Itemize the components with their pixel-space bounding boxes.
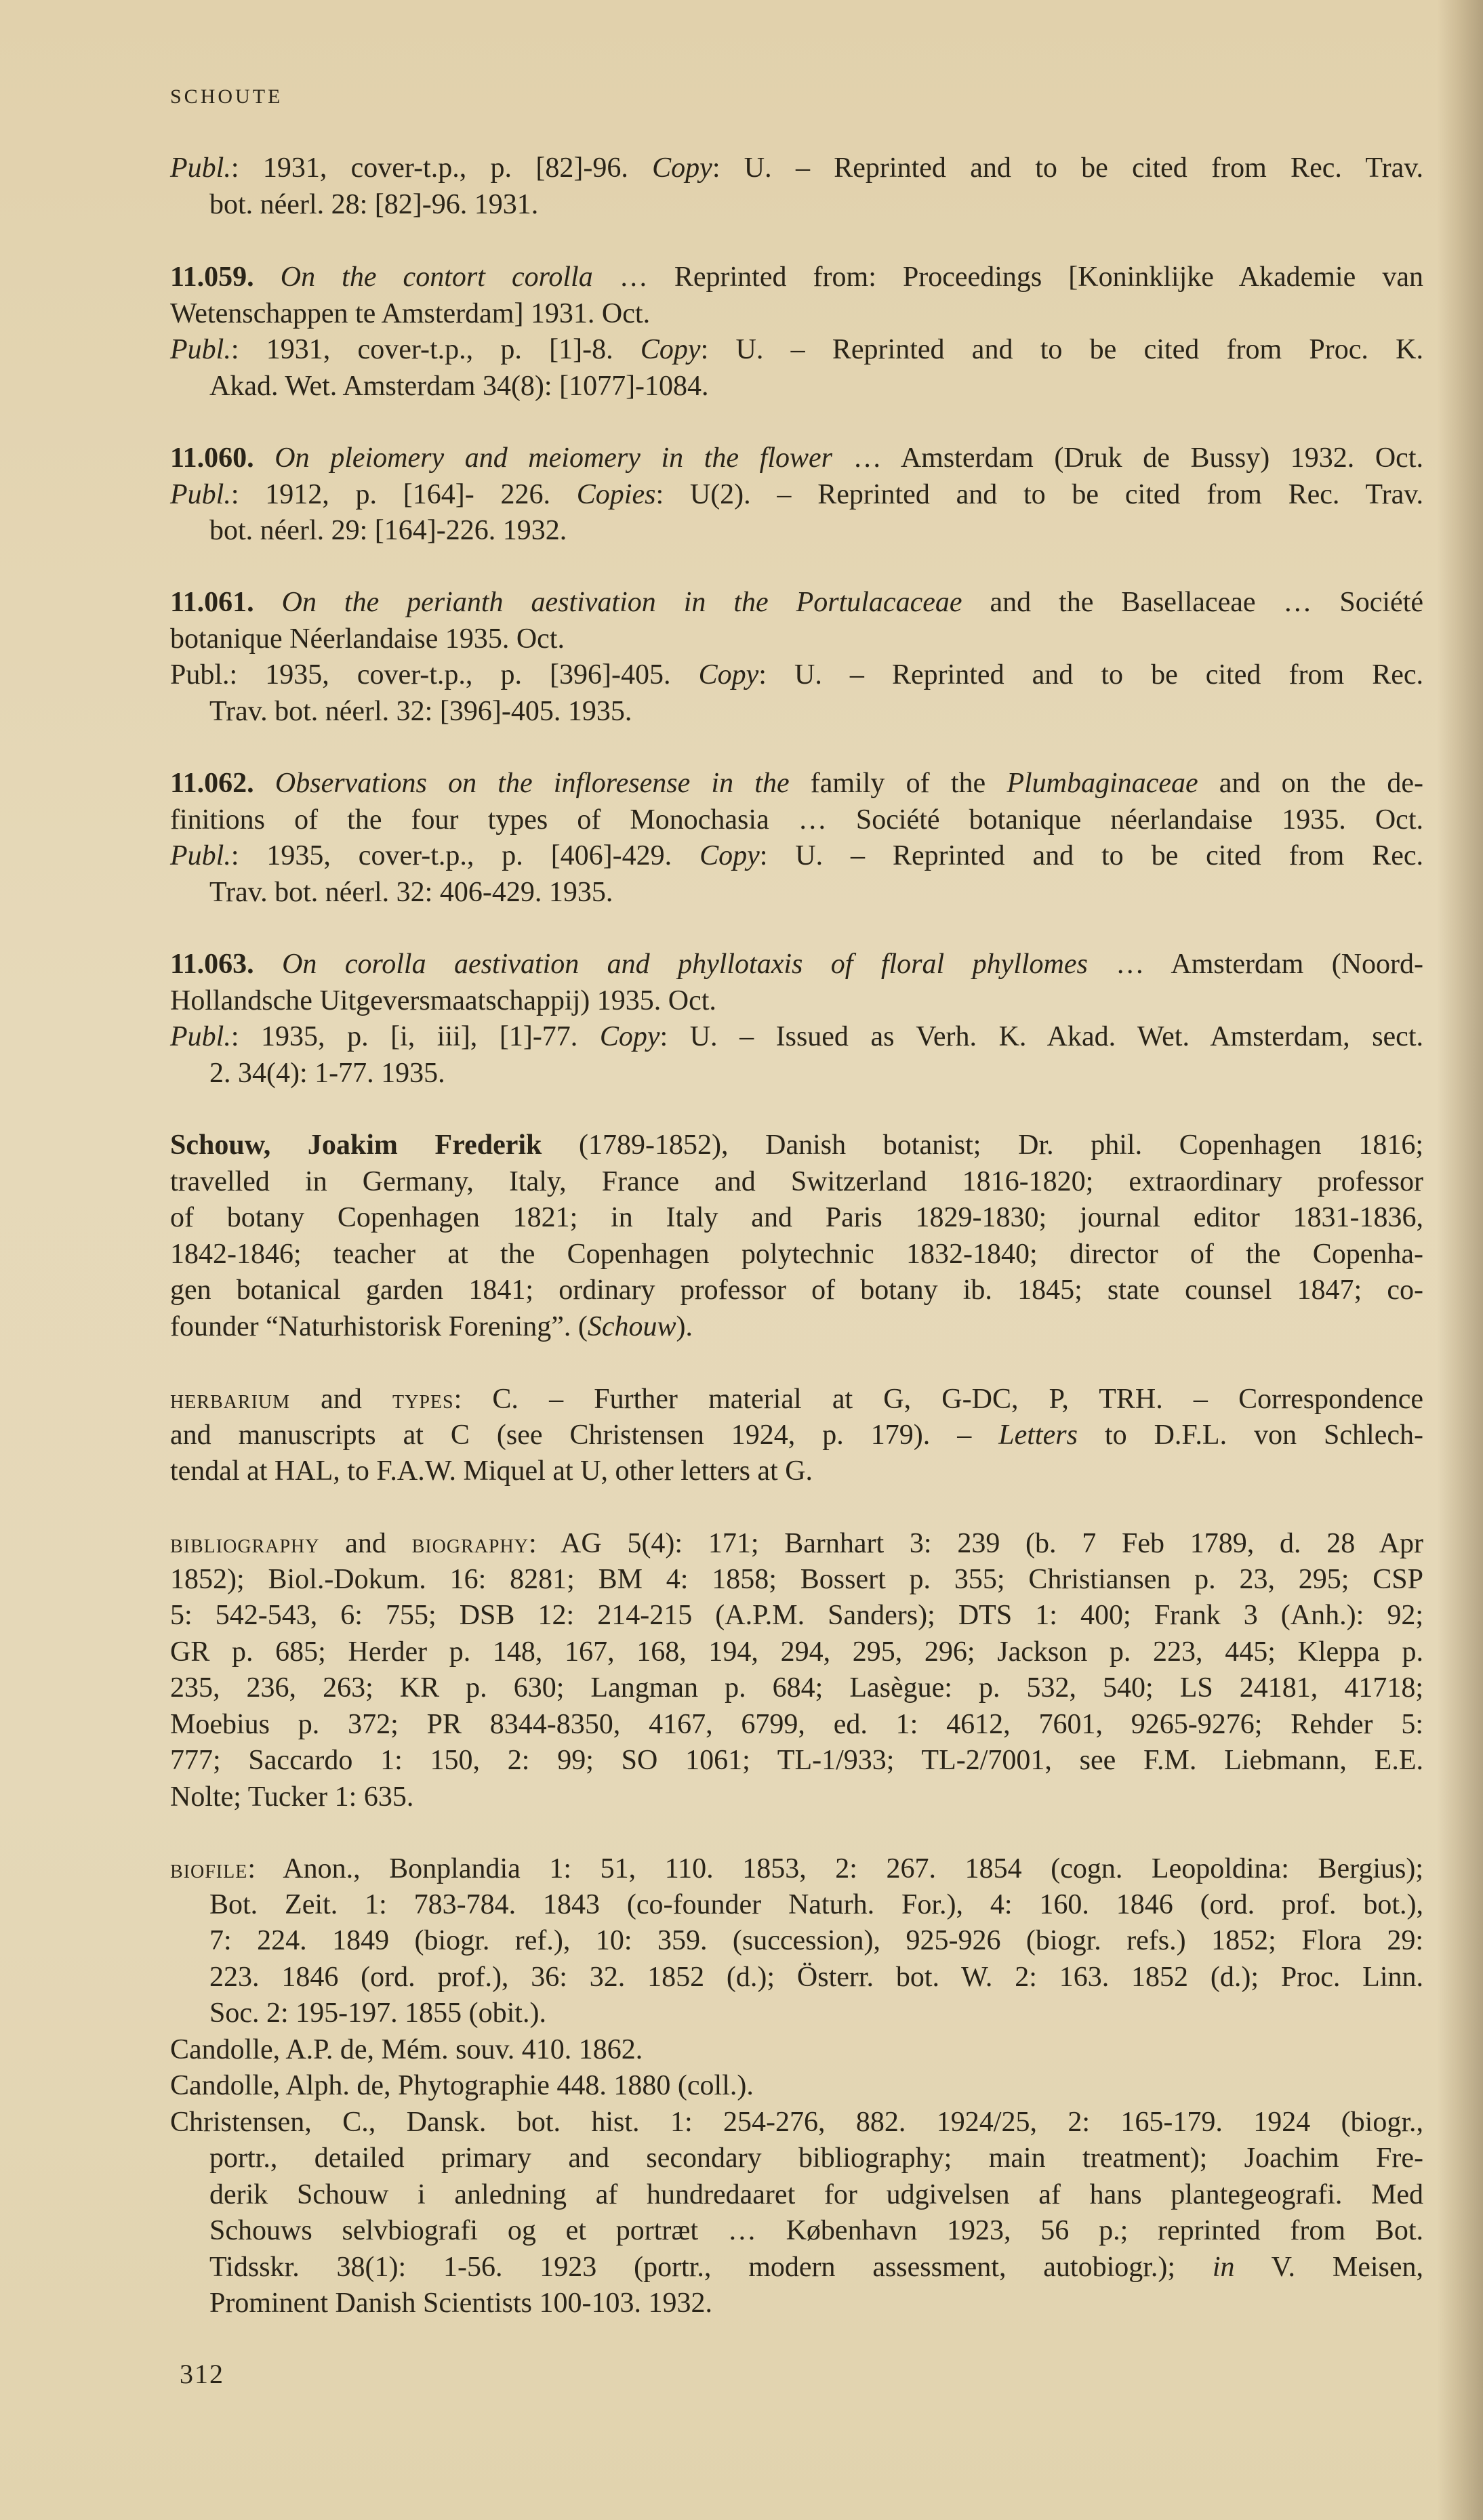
text-line: Schouws selvbiografi og et portræt … Køb… xyxy=(170,2213,1423,2250)
text-line: bot. néerl. 29: [164]-226. 1932. xyxy=(170,513,1423,550)
text-line: and manuscripts at C (see Christensen 19… xyxy=(170,1418,1423,1454)
text-section-herbarium: herbarium and types: C. – Further materi… xyxy=(170,1381,1423,1490)
text-run: Wetenschappen te Amsterdam] 1931. Oct. xyxy=(170,298,650,329)
section-label: biography xyxy=(412,1528,529,1558)
text-run: gen botanical garden 1841; ordinary prof… xyxy=(170,1275,1423,1306)
text-run: (1789-1852), Danish botanist; Dr. phil. … xyxy=(542,1130,1423,1161)
text-run xyxy=(254,949,282,980)
text-line: portr., detailed primary and secondary b… xyxy=(170,2141,1423,2177)
text-run: 235, 236, 263; KR p. 630; Langman p. 684… xyxy=(170,1672,1423,1703)
text-line: Publ.: 1935, p. [i, iii], [1]-77. Copy: … xyxy=(170,1019,1423,1056)
text-line: 11.060. On pleiomery and meiomery in the… xyxy=(170,440,1423,477)
text-run: 777; Saccardo 1: 150, 2: 99; SO 1061; TL… xyxy=(170,1745,1423,1776)
text-run: 1852); Biol.-Dokum. 16: 8281; BM 4: 1858… xyxy=(170,1564,1423,1595)
text-section-bibliography: bibliography and biography: AG 5(4): 171… xyxy=(170,1525,1423,1815)
running-head: SCHOUTE xyxy=(170,85,283,108)
text-line: GR p. 685; Herder p. 148, 167, 168, 194,… xyxy=(170,1634,1423,1671)
section-label: herbarium xyxy=(170,1384,290,1414)
text-line: Publ.: 1931, cover-t.p., p. [82]-96. Cop… xyxy=(170,150,1423,187)
text-run: derik Schouw i anledning af hundredaaret… xyxy=(209,2179,1423,2210)
text-line: 1852); Biol.-Dokum. 16: 8281; BM 4: 1858… xyxy=(170,1562,1423,1598)
text-line: 11.062. Observations on the infloresense… xyxy=(170,766,1423,802)
text-line: 777; Saccardo 1: 150, 2: 99; SO 1061; TL… xyxy=(170,1743,1423,1779)
text-line: 11.063. On corolla aestivation and phyll… xyxy=(170,947,1423,983)
text-run: 2. 34(4): 1-77. 1935. xyxy=(209,1058,445,1089)
text-line: 223. 1846 (ord. prof.), 36: 32. 1852 (d.… xyxy=(170,1960,1423,1996)
text-line: Tidsskr. 38(1): 1-56. 1923 (portr., mode… xyxy=(170,2250,1423,2286)
section-label: biofile xyxy=(170,1853,247,1884)
person-name: Schouw, Joakim Frederik xyxy=(170,1130,542,1161)
text-run: 1842-1846; teacher at the Copenhagen pol… xyxy=(170,1239,1423,1270)
text-run: bot. néerl. 28: [82]-96. 1931. xyxy=(209,189,538,220)
text-line: Publ.: 1935, cover-t.p., p. [396]-405. C… xyxy=(170,657,1423,694)
text-run: and xyxy=(290,1384,392,1415)
text-line: bibliography and biography: AG 5(4): 171… xyxy=(170,1525,1423,1562)
text-run: : U. – Issued as Verh. K. Akad. Wet. Ams… xyxy=(660,1021,1424,1052)
text-run: : Anon., Bonplandia 1: 51, 110. 1853, 2:… xyxy=(247,1853,1423,1884)
text-run: Candolle, A.P. de, Mém. souv. 410. 1862. xyxy=(170,2034,643,2065)
text-run: ). xyxy=(676,1311,693,1342)
bibliography-entry: 11.062. Observations on the infloresense… xyxy=(170,766,1423,911)
text-line: tendal at HAL, to F.A.W. Miquel at U, ot… xyxy=(170,1453,1423,1490)
text-line: biofile: Anon., Bonplandia 1: 51, 110. 1… xyxy=(170,1851,1423,1887)
text-run: : C. – Further material at G, G-DC, P, T… xyxy=(454,1384,1423,1415)
text-line: Moebius p. 372; PR 8344-8350, 4167, 6799… xyxy=(170,1707,1423,1743)
text-run: Candolle, Alph. de, Phytographie 448. 18… xyxy=(170,2070,754,2101)
text-line: Hollandsche Uitgeversmaatschappij) 1935.… xyxy=(170,983,1423,1020)
text-line: Soc. 2: 195-197. 1855 (obit.). xyxy=(170,1996,1423,2032)
text-run: botanique Néerlandaise 1935. Oct. xyxy=(170,623,565,655)
text-line: finitions of the four types of Monochasi… xyxy=(170,802,1423,839)
text-run: : 1935, cover-t.p., p. [406]-429. xyxy=(231,840,699,871)
italic-text: On the contort corolla xyxy=(281,262,593,293)
text-run: family of the xyxy=(790,768,1007,799)
text-line: derik Schouw i anledning af hundredaaret… xyxy=(170,2177,1423,2214)
italic-text: On corolla aestivation and phyllotaxis o… xyxy=(282,949,1088,980)
italic-text: On the perianth aestivation in the Portu… xyxy=(282,587,962,618)
italic-text: Publ. xyxy=(170,479,231,510)
text-line: 5: 542-543, 6: 755; DSB 12: 214-215 (A.P… xyxy=(170,1598,1423,1634)
text-section-schouw-bio: Schouw, Joakim Frederik (1789-1852), Dan… xyxy=(170,1128,1423,1345)
italic-text: Copies xyxy=(577,479,656,510)
text-line: Akad. Wet. Amsterdam 34(8): [1077]-1084. xyxy=(170,369,1423,405)
text-run: Moebius p. 372; PR 8344-8350, 4167, 6799… xyxy=(170,1709,1423,1740)
text-line: 1842-1846; teacher at the Copenhagen pol… xyxy=(170,1237,1423,1273)
text-run: Prominent Danish Scientists 100-103. 193… xyxy=(209,2288,712,2319)
text-run: tendal at HAL, to F.A.W. Miquel at U, ot… xyxy=(170,1455,813,1487)
text-line: Trav. bot. néerl. 32: 406-429. 1935. xyxy=(170,875,1423,911)
text-run: … Amsterdam (Druk de Bussy) 1932. Oct. xyxy=(832,442,1423,474)
italic-text: Copy xyxy=(652,152,712,184)
text-line: 235, 236, 263; KR p. 630; Langman p. 684… xyxy=(170,1670,1423,1707)
italic-text: Observations on the infloresense in the xyxy=(275,768,790,799)
text-line: 7: 224. 1849 (biogr. ref.), 10: 359. (su… xyxy=(170,1923,1423,1960)
text-run: : 1935, p. [i, iii], [1]-77. xyxy=(231,1021,600,1052)
bibliography-entry: 11.063. On corolla aestivation and phyll… xyxy=(170,947,1423,1092)
text-run: Schouws selvbiografi og et portræt … Køb… xyxy=(209,2215,1423,2246)
text-line: Prominent Danish Scientists 100-103. 193… xyxy=(170,2286,1423,2322)
text-line: of botany Copenhagen 1821; in Italy and … xyxy=(170,1200,1423,1237)
bibliography-entry: 11.061. On the perianth aestivation in t… xyxy=(170,585,1423,730)
text-run: and the Basellaceae … Société xyxy=(962,587,1424,618)
text-run: : U(2). – Reprinted and to be cited from… xyxy=(655,479,1423,510)
text-line: founder “Naturhistorisk Forening”. (Scho… xyxy=(170,1309,1423,1346)
text-line: Publ.: 1935, cover-t.p., p. [406]-429. C… xyxy=(170,838,1423,875)
text-run: : U. – Reprinted and to be cited from Re… xyxy=(758,659,1423,690)
text-section-cont: Publ.: 1931, cover-t.p., p. [82]-96. Cop… xyxy=(170,150,1423,223)
text-run: to D.F.L. von Schlech- xyxy=(1078,1420,1423,1451)
text-run: portr., detailed primary and secondary b… xyxy=(209,2143,1423,2174)
text-line: travelled in Germany, Italy, France and … xyxy=(170,1164,1423,1201)
italic-text: Copy xyxy=(600,1021,660,1052)
page-number: 312 xyxy=(180,2358,224,2390)
entry-number: 11.060. xyxy=(170,442,254,474)
italic-text: On pleiomery and meiomery in the flower xyxy=(275,442,832,474)
text-run: and xyxy=(319,1528,411,1559)
text-run: 223. 1846 (ord. prof.), 36: 32. 1852 (d.… xyxy=(209,1962,1423,1993)
text-run xyxy=(254,442,275,474)
text-run: : 1931, cover-t.p., p. [1]-8. xyxy=(231,334,641,365)
text-run: bot. néerl. 29: [164]-226. 1932. xyxy=(209,515,567,546)
italic-text: Publ. xyxy=(170,840,231,871)
text-run: and manuscripts at C (see Christensen 19… xyxy=(170,1420,998,1451)
text-line: Publ.: 1912, p. [164]- 226. Copies: U(2)… xyxy=(170,477,1423,514)
text-line: gen botanical garden 1841; ordinary prof… xyxy=(170,1273,1423,1309)
text-run: : 1912, p. [164]- 226. xyxy=(231,479,577,510)
text-run: of botany Copenhagen 1821; in Italy and … xyxy=(170,1202,1423,1233)
text-run: travelled in Germany, Italy, France and … xyxy=(170,1166,1423,1197)
italic-text: Copy xyxy=(699,659,759,690)
text-run: : 1931, cover-t.p., p. [82]-96. xyxy=(231,152,652,184)
italic-text: Publ. xyxy=(170,152,231,184)
text-line: Christensen, C., Dansk. bot. hist. 1: 25… xyxy=(170,2105,1423,2141)
text-run: finitions of the four types of Monochasi… xyxy=(170,804,1423,835)
text-line: 2. 34(4): 1-77. 1935. xyxy=(170,1056,1423,1092)
text-run: : U. – Reprinted and to be cited from Re… xyxy=(760,840,1423,871)
text-run xyxy=(254,262,281,293)
text-line: bot. néerl. 28: [82]-96. 1931. xyxy=(170,187,1423,224)
text-run: … Reprinted from: Proceedings [Koninklij… xyxy=(593,262,1423,293)
text-run: Tidsskr. 38(1): 1-56. 1923 (portr., mode… xyxy=(209,2252,1213,2283)
text-run: Bot. Zeit. 1: 783-784. 1843 (co-founder … xyxy=(209,1889,1423,1920)
text-run: founder “Naturhistorisk Forening”. ( xyxy=(170,1311,588,1342)
text-line: Bot. Zeit. 1: 783-784. 1843 (co-founder … xyxy=(170,1887,1423,1924)
text-line: Schouw, Joakim Frederik (1789-1852), Dan… xyxy=(170,1128,1423,1164)
section-label: bibliography xyxy=(170,1528,319,1558)
text-run: : AG 5(4): 171; Barnhart 3: 239 (b. 7 Fe… xyxy=(529,1528,1423,1559)
text-line: Publ.: 1931, cover-t.p., p. [1]-8. Copy:… xyxy=(170,332,1423,369)
bibliography-entry: 11.060. On pleiomery and meiomery in the… xyxy=(170,440,1423,550)
entry-number: 11.061. xyxy=(170,587,254,618)
text-run xyxy=(254,587,282,618)
italic-text: Copy xyxy=(699,840,760,871)
text-run: 7: 224. 1849 (biogr. ref.), 10: 359. (su… xyxy=(209,1925,1423,1956)
text-run: Hollandsche Uitgeversmaatschappij) 1935.… xyxy=(170,985,716,1016)
text-run: … Amsterdam (Noord- xyxy=(1088,949,1423,980)
text-run: Trav. bot. néerl. 32: [396]-405. 1935. xyxy=(209,696,632,727)
text-run xyxy=(254,768,275,799)
italic-text: Letters xyxy=(998,1420,1078,1451)
text-run: V. Meisen, xyxy=(1235,2252,1423,2283)
bibliography-entry: 11.059. On the contort corolla … Reprint… xyxy=(170,260,1423,405)
text-run: Trav. bot. néerl. 32: 406-429. 1935. xyxy=(209,877,613,908)
text-line: Candolle, Alph. de, Phytographie 448. 18… xyxy=(170,2068,1423,2105)
italic-text: Schouw xyxy=(588,1311,676,1342)
entry-number: 11.059. xyxy=(170,262,254,293)
italic-text: Plumbaginaceae xyxy=(1007,768,1198,799)
text-run: and on the de- xyxy=(1198,768,1423,799)
text-line: Trav. bot. néerl. 32: [396]-405. 1935. xyxy=(170,694,1423,730)
text-line: herbarium and types: C. – Further materi… xyxy=(170,1381,1423,1418)
text-run: GR p. 685; Herder p. 148, 167, 168, 194,… xyxy=(170,1636,1423,1668)
text-line: 11.061. On the perianth aestivation in t… xyxy=(170,585,1423,621)
text-line: Wetenschappen te Amsterdam] 1931. Oct. xyxy=(170,296,1423,333)
text-run: Publ.: 1935, cover-t.p., p. [396]-405. xyxy=(170,659,699,690)
italic-text: Publ. xyxy=(170,334,231,365)
italic-text: in xyxy=(1213,2252,1235,2283)
text-run: 5: 542-543, 6: 755; DSB 12: 214-215 (A.P… xyxy=(170,1600,1423,1631)
text-run: : U. – Reprinted and to be cited from Pr… xyxy=(701,334,1423,365)
text-run: Soc. 2: 195-197. 1855 (obit.). xyxy=(209,1998,546,2029)
text-line: Nolte; Tucker 1: 635. xyxy=(170,1779,1423,1816)
entry-number: 11.063. xyxy=(170,949,254,980)
italic-text: Publ. xyxy=(170,1021,231,1052)
text-run: : U. – Reprinted and to be cited from Re… xyxy=(712,152,1423,184)
text-run: Nolte; Tucker 1: 635. xyxy=(170,1781,413,1813)
text-run: Akad. Wet. Amsterdam 34(8): [1077]-1084. xyxy=(209,371,709,402)
section-label: types xyxy=(392,1384,454,1414)
text-line: 11.059. On the contort corolla … Reprint… xyxy=(170,260,1423,296)
italic-text: Copy xyxy=(641,334,701,365)
text-line: Candolle, A.P. de, Mém. souv. 410. 1862. xyxy=(170,2032,1423,2069)
text-section-biofile: biofile: Anon., Bonplandia 1: 51, 110. 1… xyxy=(170,1851,1423,2322)
text-line: botanique Néerlandaise 1935. Oct. xyxy=(170,621,1423,658)
text-run: Christensen, C., Dansk. bot. hist. 1: 25… xyxy=(170,2107,1423,2138)
entry-number: 11.062. xyxy=(170,768,254,799)
